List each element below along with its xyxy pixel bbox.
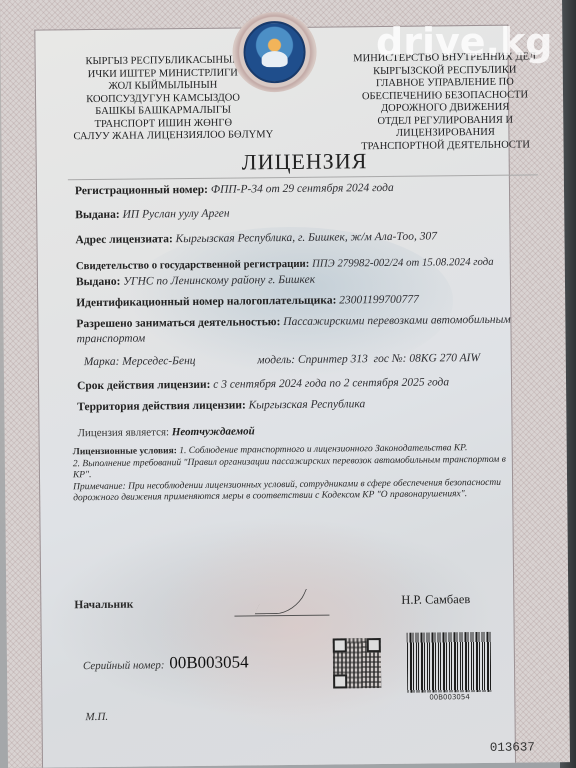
header-line: БАШКЫ БАШКАРМАЛЫГЫ xyxy=(73,104,253,118)
field-label: Выдана: xyxy=(75,209,120,221)
stamp-place: М.П. xyxy=(85,711,108,723)
vehicle-make: Мерседес-Бенц xyxy=(122,355,195,368)
header-russian: МИНИСТЕРСТВО ВНУТРЕННИХ ДЕЛ КЫРГЫЗСКОЙ Р… xyxy=(345,51,546,153)
license-document: КЫРГЫЗ РЕСПУБЛИКАСЫНЫН ИЧКИ ИШТЕР МИНИСТ… xyxy=(0,0,570,768)
header-line: ИЧКИ ИШТЕР МИНИСТРЛИГИ xyxy=(73,67,253,81)
serial-number: Серийный номер: 00B003054 xyxy=(83,652,249,674)
condition-item: 2. Выполнение требований "Правил организ… xyxy=(73,454,506,480)
field-label: Свидетельство о государственной регистра… xyxy=(76,258,310,272)
field-value: с 3 сентября 2024 года по 2 сентября 202… xyxy=(213,376,449,390)
field-label: Срок действия лицензии: xyxy=(77,379,210,392)
field-label: Выдано: xyxy=(76,276,121,288)
issued-to-field: Выдана: ИП Руслан уулу Арген xyxy=(75,208,229,222)
vehicle-model-label: модель: xyxy=(257,354,295,366)
document-title: ЛИЦЕНЗИЯ xyxy=(242,148,368,175)
field-value: ИП Руслан уулу Арген xyxy=(123,208,230,221)
vehicle-plate-label: гос №: xyxy=(374,353,407,365)
field-value: ППЭ 279982-002/24 от 15.08.2024 года xyxy=(312,256,494,270)
vehicle-make-label: Марка: xyxy=(84,356,120,368)
serial-value: 00B003054 xyxy=(169,652,249,672)
barcode-icon xyxy=(407,632,492,693)
qr-code-icon xyxy=(333,638,382,688)
note-label: Примечание: xyxy=(73,481,126,492)
field-value: Кыргызская Республика xyxy=(249,398,366,411)
field-label: Разрешено заниматься деятельностью: xyxy=(76,316,280,330)
vehicle-plate: 08KG 270 AIW xyxy=(409,352,480,365)
signatory-name: Н.Р. Самбаев xyxy=(401,592,470,608)
field-label: Лицензия является: xyxy=(77,426,169,439)
serial-label: Серийный номер: xyxy=(83,659,165,672)
header-kyrgyz: КЫРГЫЗ РЕСПУБЛИКАСЫНЫН ИЧКИ ИШТЕР МИНИСТ… xyxy=(73,54,254,143)
header-line: ОБЕСПЕЧЕНИЮ БЕЗОПАСНОСТИ xyxy=(345,89,545,104)
header-line: КЫРГЫЗ РЕСПУБЛИКАСЫНЫН xyxy=(73,54,253,68)
permitted-activity-field: Разрешено заниматься деятельностью: Пасс… xyxy=(76,313,516,348)
field-value: 23001199700777 xyxy=(339,294,419,307)
header-line: ТРАНСПОРТНОЙ ДЕЯТЕЛЬНОСТИ xyxy=(345,139,545,154)
signatory-position: Начальник xyxy=(74,599,133,612)
license-conditions: Лицензионные условия: 1. Соблюдение тран… xyxy=(73,443,524,505)
header-line: САЛУУ ЖАНА ЛИЦЕНЗИЯЛОО БӨЛҮМҮ xyxy=(73,129,253,143)
site-watermark: drive.kg xyxy=(376,20,552,64)
license-status-field: Лицензия является: Неотчуждаемой xyxy=(77,425,254,439)
issued-by-field: Выдано: УГНС по Ленинскому району г. Биш… xyxy=(76,274,315,289)
field-label: Адрес лицензиата: xyxy=(75,233,172,246)
emblem-falcon-icon xyxy=(243,21,306,84)
note-text: При несоблюдении лицензионных условий, с… xyxy=(73,477,501,503)
field-label: Регистрационный номер: xyxy=(75,184,208,197)
conditions-label: Лицензионные условия: xyxy=(73,446,177,457)
form-number: 013637 xyxy=(490,740,535,754)
light-glare xyxy=(155,515,437,738)
vehicle-model: Спринтер 313 xyxy=(298,353,368,366)
field-label: Территория действия лицензии: xyxy=(77,399,246,413)
barcode-number: 00B003054 xyxy=(429,693,470,701)
field-value: Неотчуждаемой xyxy=(172,425,255,438)
header-line: КЫРГЫЗСКОЙ РЕСПУБЛИКИ xyxy=(345,64,545,79)
field-value: УГНС по Ленинскому району г. Бишкек xyxy=(123,274,315,288)
field-value: ФПП-Р-34 от 29 сентября 2024 года xyxy=(211,182,394,196)
